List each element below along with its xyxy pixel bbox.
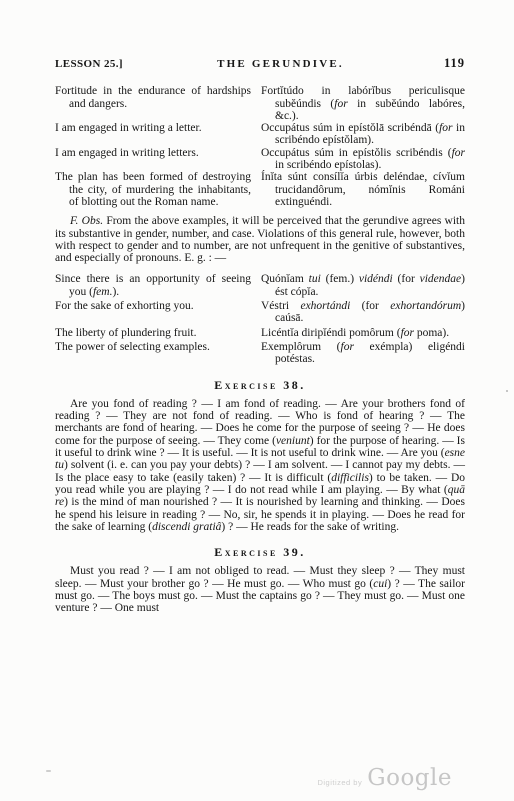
scan-artifact-dot [506,390,508,392]
google-logo: Google [367,768,452,788]
scan-artifact-dash [46,770,51,772]
examples-table-2: Since there is an opportunity of seeing … [55,273,465,365]
examples-table-1: Fortitude in the endurance of hardships … [55,85,465,208]
latin-cell: Occupátus súm in epístŏlā scribéndā (for… [261,122,465,147]
watermark: Digitized by Google [317,768,452,789]
english-cell: Since there is an opportunity of seeing … [55,273,251,298]
latin-cell: Quónĭam tui (fem.) vidéndi (for videndae… [261,273,465,298]
example-row: The plan has been formed of destroying t… [55,171,465,208]
english-cell: The power of selecting examples. [55,341,251,366]
english-cell: Fortitude in the endurance of hardships … [55,85,251,122]
example-row: For the sake of exhorting you. Véstri ex… [55,300,465,325]
exercise-39-body: Must you read ? — I am not obliged to re… [55,565,465,614]
example-row: The power of selecting examples. Exemplô… [55,341,465,366]
english-cell: For the sake of exhorting you. [55,300,251,325]
page-header: LESSON 25.] THE GERUNDIVE. 119 [55,57,465,70]
observation-paragraph: F. Obs. From the above examples, it will… [55,215,465,264]
english-cell: The plan has been formed of destroying t… [55,171,251,208]
book-page: LESSON 25.] THE GERUNDIVE. 119 Fortitude… [0,0,514,801]
digitized-by-label: Digitized by [317,777,362,789]
english-cell: The liberty of plundering fruit. [55,327,251,339]
exercise-39-heading: Exercise 39. [55,546,465,558]
page-number: 119 [444,57,465,69]
lesson-label: LESSON 25.] [55,58,123,70]
running-title: THE GERUNDIVE. [217,58,344,70]
example-row: The liberty of plundering fruit. Licéntĭ… [55,327,465,339]
english-cell: I am engaged in writing letters. [55,147,251,172]
english-cell: I am engaged in writing a letter. [55,122,251,147]
latin-cell: Exemplôrum (for exémpla) eligéndi potést… [261,341,465,366]
latin-cell: Véstri exhortándi (for exhortandórum) ca… [261,300,465,325]
example-row: I am engaged in writing a letter. Occupá… [55,122,465,147]
example-row: Fortitude in the endurance of hardships … [55,85,465,122]
example-row: Since there is an opportunity of seeing … [55,273,465,298]
latin-cell: Fortĭtúdo in labórĭbus periculisque subĕ… [261,85,465,122]
exercise-38-heading: Exercise 38. [55,379,465,391]
latin-cell: Occupátus súm in epístŏlis scribéndis (f… [261,147,465,172]
example-row: I am engaged in writing letters. Occupát… [55,147,465,172]
latin-cell: Licéntĭa diripĭéndi pomôrum (for poma). [261,327,465,339]
exercise-38-body: Are you fond of reading ? — I am fond of… [55,398,465,533]
latin-cell: Ínĭta súnt consílĭa úrbis deléndae, cívĭ… [261,171,465,208]
